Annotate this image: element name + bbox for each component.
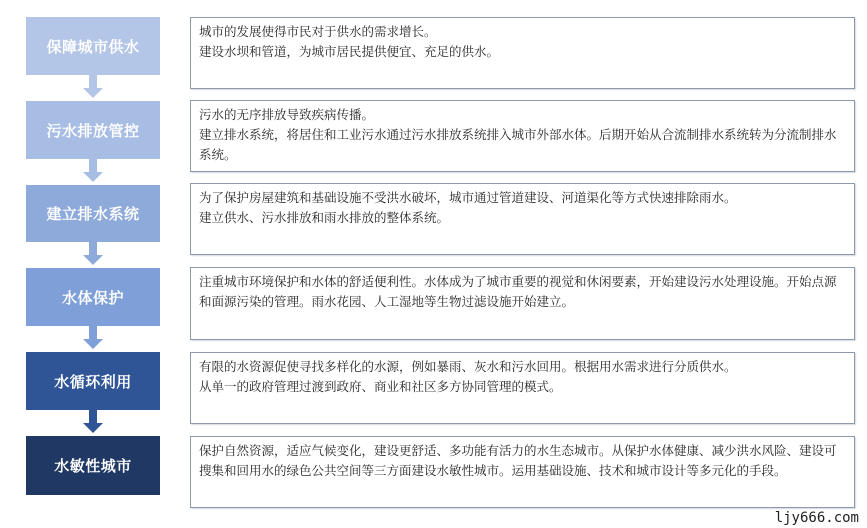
stage-description-water-body-protection: 注重城市环境保护和水体的舒适便利性。水体成为了城市重要的视觉和休闲要素，开始建设…	[190, 267, 855, 340]
down-arrow-icon	[83, 75, 103, 101]
description-line: 从单一的政府管理过渡到政府、商业和社区多方协同管理的模式。	[199, 377, 846, 397]
description-line: 有限的水资源促使寻找多样化的水源，例如暴雨、灰水和污水回用。根据用水需求进行分质…	[199, 357, 846, 377]
description-line: 城市的发展使得市民对于供水的需求增长。	[199, 22, 846, 42]
description-line: 注重城市环境保护和水体的舒适便利性。水体成为了城市重要的视觉和休闲要素，开始建设…	[199, 272, 846, 312]
description-line: 建设水坝和管道，为城市居民提供便宜、充足的供水。	[199, 42, 846, 62]
stage-title: 水敏性城市	[54, 455, 132, 476]
stage-title: 污水排放管控	[46, 120, 139, 141]
down-arrow-icon	[83, 159, 103, 185]
stage-description-sewage-control: 污水的无序排放导致疾病传播。 建立排水系统，将居住和工业污水通过污水排放系统排入…	[190, 100, 855, 172]
stage-box-drainage-system: 建立排水系统	[26, 185, 160, 242]
stage-title: 水体保护	[62, 287, 124, 308]
stage-box-water-recycling: 水循环利用	[26, 352, 160, 410]
stage-description-water-sensitive-city: 保护自然资源，适应气候变化，建设更舒适、多功能有活力的水生态城市。从保护水体健康…	[190, 436, 855, 508]
description-line: 污水的无序排放导致疾病传播。	[199, 105, 846, 125]
down-arrow-icon	[83, 326, 103, 352]
stage-title: 保障城市供水	[46, 36, 139, 57]
description-line: 建立供水、污水排放和雨水排放的整体系统。	[199, 208, 846, 228]
description-line: 为了保护房屋建筑和基础设施不受洪水破坏，城市通过管道建设、河道渠化等方式快速排除…	[199, 188, 846, 208]
down-arrow-icon	[83, 242, 103, 268]
description-line: 保护自然资源，适应气候变化，建设更舒适、多功能有活力的水生态城市。从保护水体健康…	[199, 441, 846, 481]
stage-description-water-supply: 城市的发展使得市民对于供水的需求增长。 建设水坝和管道，为城市居民提供便宜、充足…	[190, 17, 855, 89]
stage-title: 水循环利用	[54, 371, 132, 392]
stage-box-water-body-protection: 水体保护	[26, 268, 160, 326]
description-line: 建立排水系统，将居住和工业污水通过污水排放系统排入城市外部水体。后期开始从合流制…	[199, 125, 846, 165]
stage-description-drainage-system: 为了保护房屋建筑和基础设施不受洪水破坏，城市通过管道建设、河道渠化等方式快速排除…	[190, 183, 855, 255]
stage-box-water-sensitive-city: 水敏性城市	[26, 436, 160, 495]
down-arrow-icon	[83, 410, 103, 436]
stage-title: 建立排水系统	[46, 203, 139, 224]
stage-box-sewage-control: 污水排放管控	[26, 101, 160, 159]
watermark: ljy666.com	[773, 510, 861, 526]
stage-description-water-recycling: 有限的水资源促使寻找多样化的水源，例如暴雨、灰水和污水回用。根据用水需求进行分质…	[190, 352, 855, 424]
stage-box-water-supply: 保障城市供水	[26, 17, 160, 75]
